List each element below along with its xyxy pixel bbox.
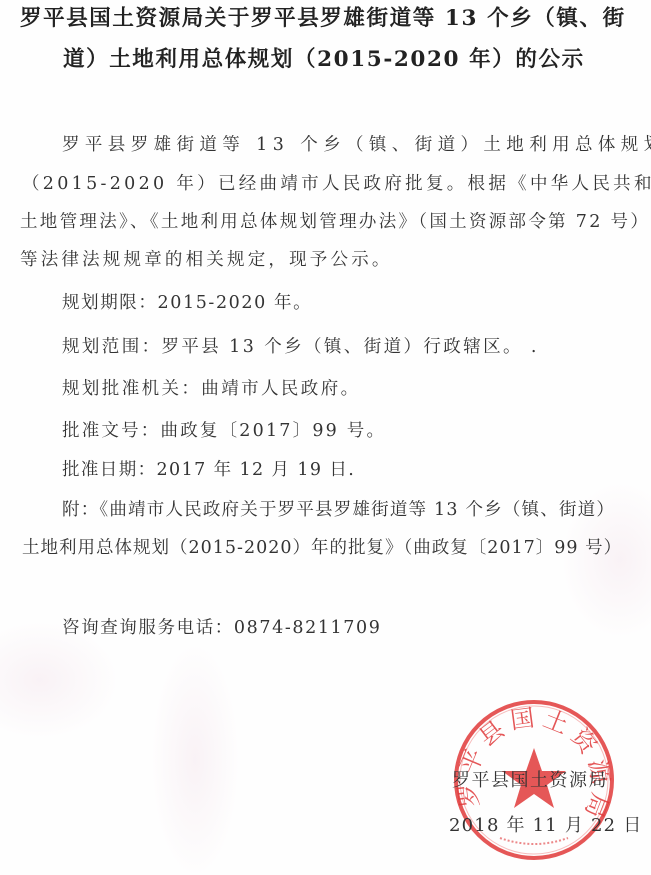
approval-date: 批准日期：2017 年 12 月 19 日. bbox=[62, 462, 355, 480]
issue-date: 2018 年 11 月 22 日 bbox=[449, 817, 642, 835]
contact-phone: 咨询查询服务电话：0874-8211709 bbox=[62, 620, 382, 638]
document-page: 罗平县国土资源局关于罗平县罗雄街道等 13 个乡（镇、街 道）土地利用总体规划（… bbox=[0, 0, 651, 875]
planning-period: 规划期限：2015-2020 年。 bbox=[62, 295, 312, 313]
approval-document-number: 批准文号：曲政复〔2017〕99 号。 bbox=[62, 423, 386, 441]
paper-smudge bbox=[150, 640, 240, 875]
paper-smudge bbox=[0, 620, 120, 740]
attachment-line-1: 附：《曲靖市人民政府关于罗平县罗雄街道等 13 个乡（镇、街道） bbox=[62, 502, 615, 520]
approving-authority: 规划批准机关：曲靖市人民政府。 bbox=[62, 381, 361, 399]
planning-scope: 规划范围：罗平县 13 个乡（镇、街道）行政辖区。 . bbox=[62, 339, 539, 357]
attachment-line-2: 土地利用总体规划（2015-2020）年的批复》（曲政复〔2017〕99 号） bbox=[22, 540, 622, 558]
document-title-line-2: 道）土地利用总体规划（2015-2020 年）的公示 bbox=[63, 49, 585, 71]
issuer-name: 罗平县国土资源局 bbox=[452, 772, 608, 790]
document-title-line-1: 罗平县国土资源局关于罗平县罗雄街道等 13 个乡（镇、街 bbox=[20, 8, 626, 30]
intro-line-1: 罗平县罗雄街道等 13 个乡（镇、街道）土地利用总体规划 bbox=[62, 137, 651, 155]
intro-line-3: 土地管理法》、《土地利用总体规划管理办法》（国土资源部令第 72 号） bbox=[20, 214, 650, 232]
intro-line-2: （2015-2020 年）已经曲靖市人民政府批复。根据《中华人民共和国 bbox=[22, 176, 651, 194]
intro-line-4: 等法律法规规章的相关规定，现予公示。 bbox=[20, 252, 393, 270]
